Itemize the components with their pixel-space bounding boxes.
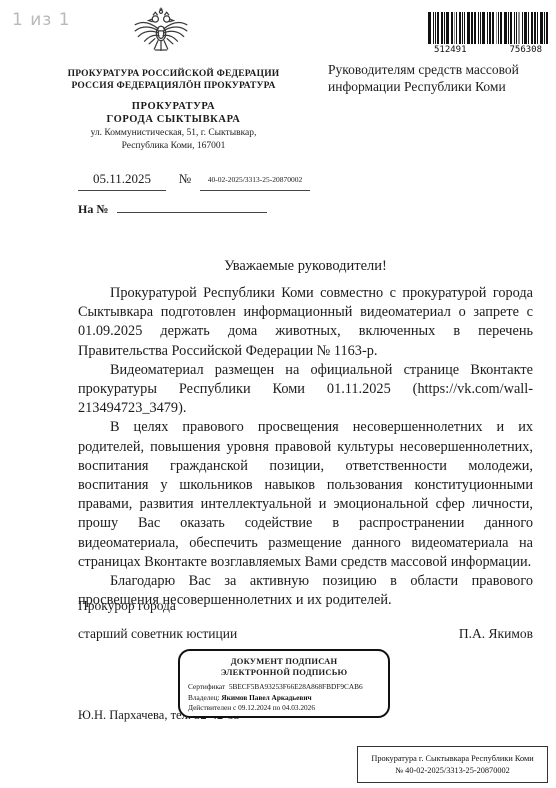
electronic-signature-stamp: ДОКУМЕНТ ПОДПИСАН ЭЛЕКТРОННОЙ ПОДПИСЬЮ С… [178, 649, 390, 718]
number-sign: № [174, 171, 196, 187]
office-address-block: ул. Коммунистическая, 51, г. Сыктывкар, … [46, 127, 301, 153]
stamp-owner-name: Якимов Павел Аркадьевич [221, 693, 311, 702]
registration-stamp-box: Прокуратура г. Сыктывкара Республики Ком… [357, 746, 548, 783]
office-name-line2: ГОРОДА СЫКТЫВКАРА [46, 113, 301, 126]
office-address-street: ул. Коммунистическая, 51, г. Сыктывкар, [46, 127, 301, 140]
page-count-indicator: 1 из 1 [12, 10, 71, 30]
barcode-number-left: 512491 [434, 45, 467, 55]
body-paragraph: Прокуратурой Республики Коми совместно с… [78, 284, 533, 361]
letter-body: Прокуратурой Республики Коми совместно с… [78, 284, 533, 610]
stamp-validity-line: Действителен с 09.12.2024 по 04.03.2026 [188, 703, 380, 714]
document-page: 1 из 1 [0, 0, 556, 788]
signer-name: П.А. Якимов [459, 626, 533, 642]
registration-number: № 40-02-2025/3313-25-20870002 [358, 765, 547, 777]
stamp-certificate-value: 5BECF5BA93253F66E28A868FBDF9CAB6 [229, 682, 363, 691]
barcode-number-right: 756308 [509, 45, 542, 55]
recipient-line1: Руководителям средств массовой [328, 62, 538, 79]
barcode-icon [426, 12, 550, 44]
document-date: 05.11.2025 [78, 171, 166, 191]
reference-row: 05.11.2025 № 40-02-2025/3313-25-20870002 [78, 170, 338, 191]
body-paragraph: В целях правового просвещения несовершен… [78, 418, 533, 572]
office-name-block: ПРОКУРАТУРА ГОРОДА СЫКТЫВКАРА [46, 100, 301, 126]
stamp-owner-line: Владелец: Якимов Павел Аркадьевич [188, 693, 380, 704]
office-address-region: Республика Коми, 167001 [46, 140, 301, 153]
issuing-authority-block: ПРОКУРАТУРА РОССИЙСКОЙ ФЕДЕРАЦИИ РОССИЯ … [46, 68, 301, 92]
body-paragraph: Видеоматериал размещен на официальной ст… [78, 361, 533, 419]
stamp-title-line2: ЭЛЕКТРОННОЙ ПОДПИСЬЮ [188, 667, 380, 678]
reply-reference-blank-line [117, 200, 267, 213]
salutation: Уважаемые руководители! [78, 258, 533, 275]
signer-position-line2: старший советник юстиции [78, 626, 237, 642]
russia-coat-of-arms-icon [130, 6, 192, 62]
stamp-certificate-line: Сертификат 5BECF5BA93253F66E28A868FBDF9C… [188, 682, 380, 693]
recipient-block: Руководителям средств массовой информаци… [328, 62, 538, 95]
document-number: 40-02-2025/3313-25-20870002 [200, 175, 310, 191]
registration-office: Прокуратура г. Сыктывкара Республики Ком… [358, 753, 547, 765]
signature-row: старший советник юстиции П.А. Якимов [78, 626, 533, 642]
stamp-title-line1: ДОКУМЕНТ ПОДПИСАН [188, 656, 380, 667]
document-barcode: 512491 756308 [426, 12, 550, 55]
office-name-line1: ПРОКУРАТУРА [46, 100, 301, 113]
reply-reference-label: На № [78, 202, 108, 216]
org-name-russian: ПРОКУРАТУРА РОССИЙСКОЙ ФЕДЕРАЦИИ [46, 68, 301, 80]
reply-reference-row: На № [78, 200, 267, 217]
org-name-komi: РОССИЯ ФЕДЕРАЦИЯЛÖН ПРОКУРАТУРА [46, 80, 301, 92]
signer-position-line1: Прокурор города [78, 598, 176, 614]
recipient-line2: информации Республики Коми [328, 79, 538, 96]
